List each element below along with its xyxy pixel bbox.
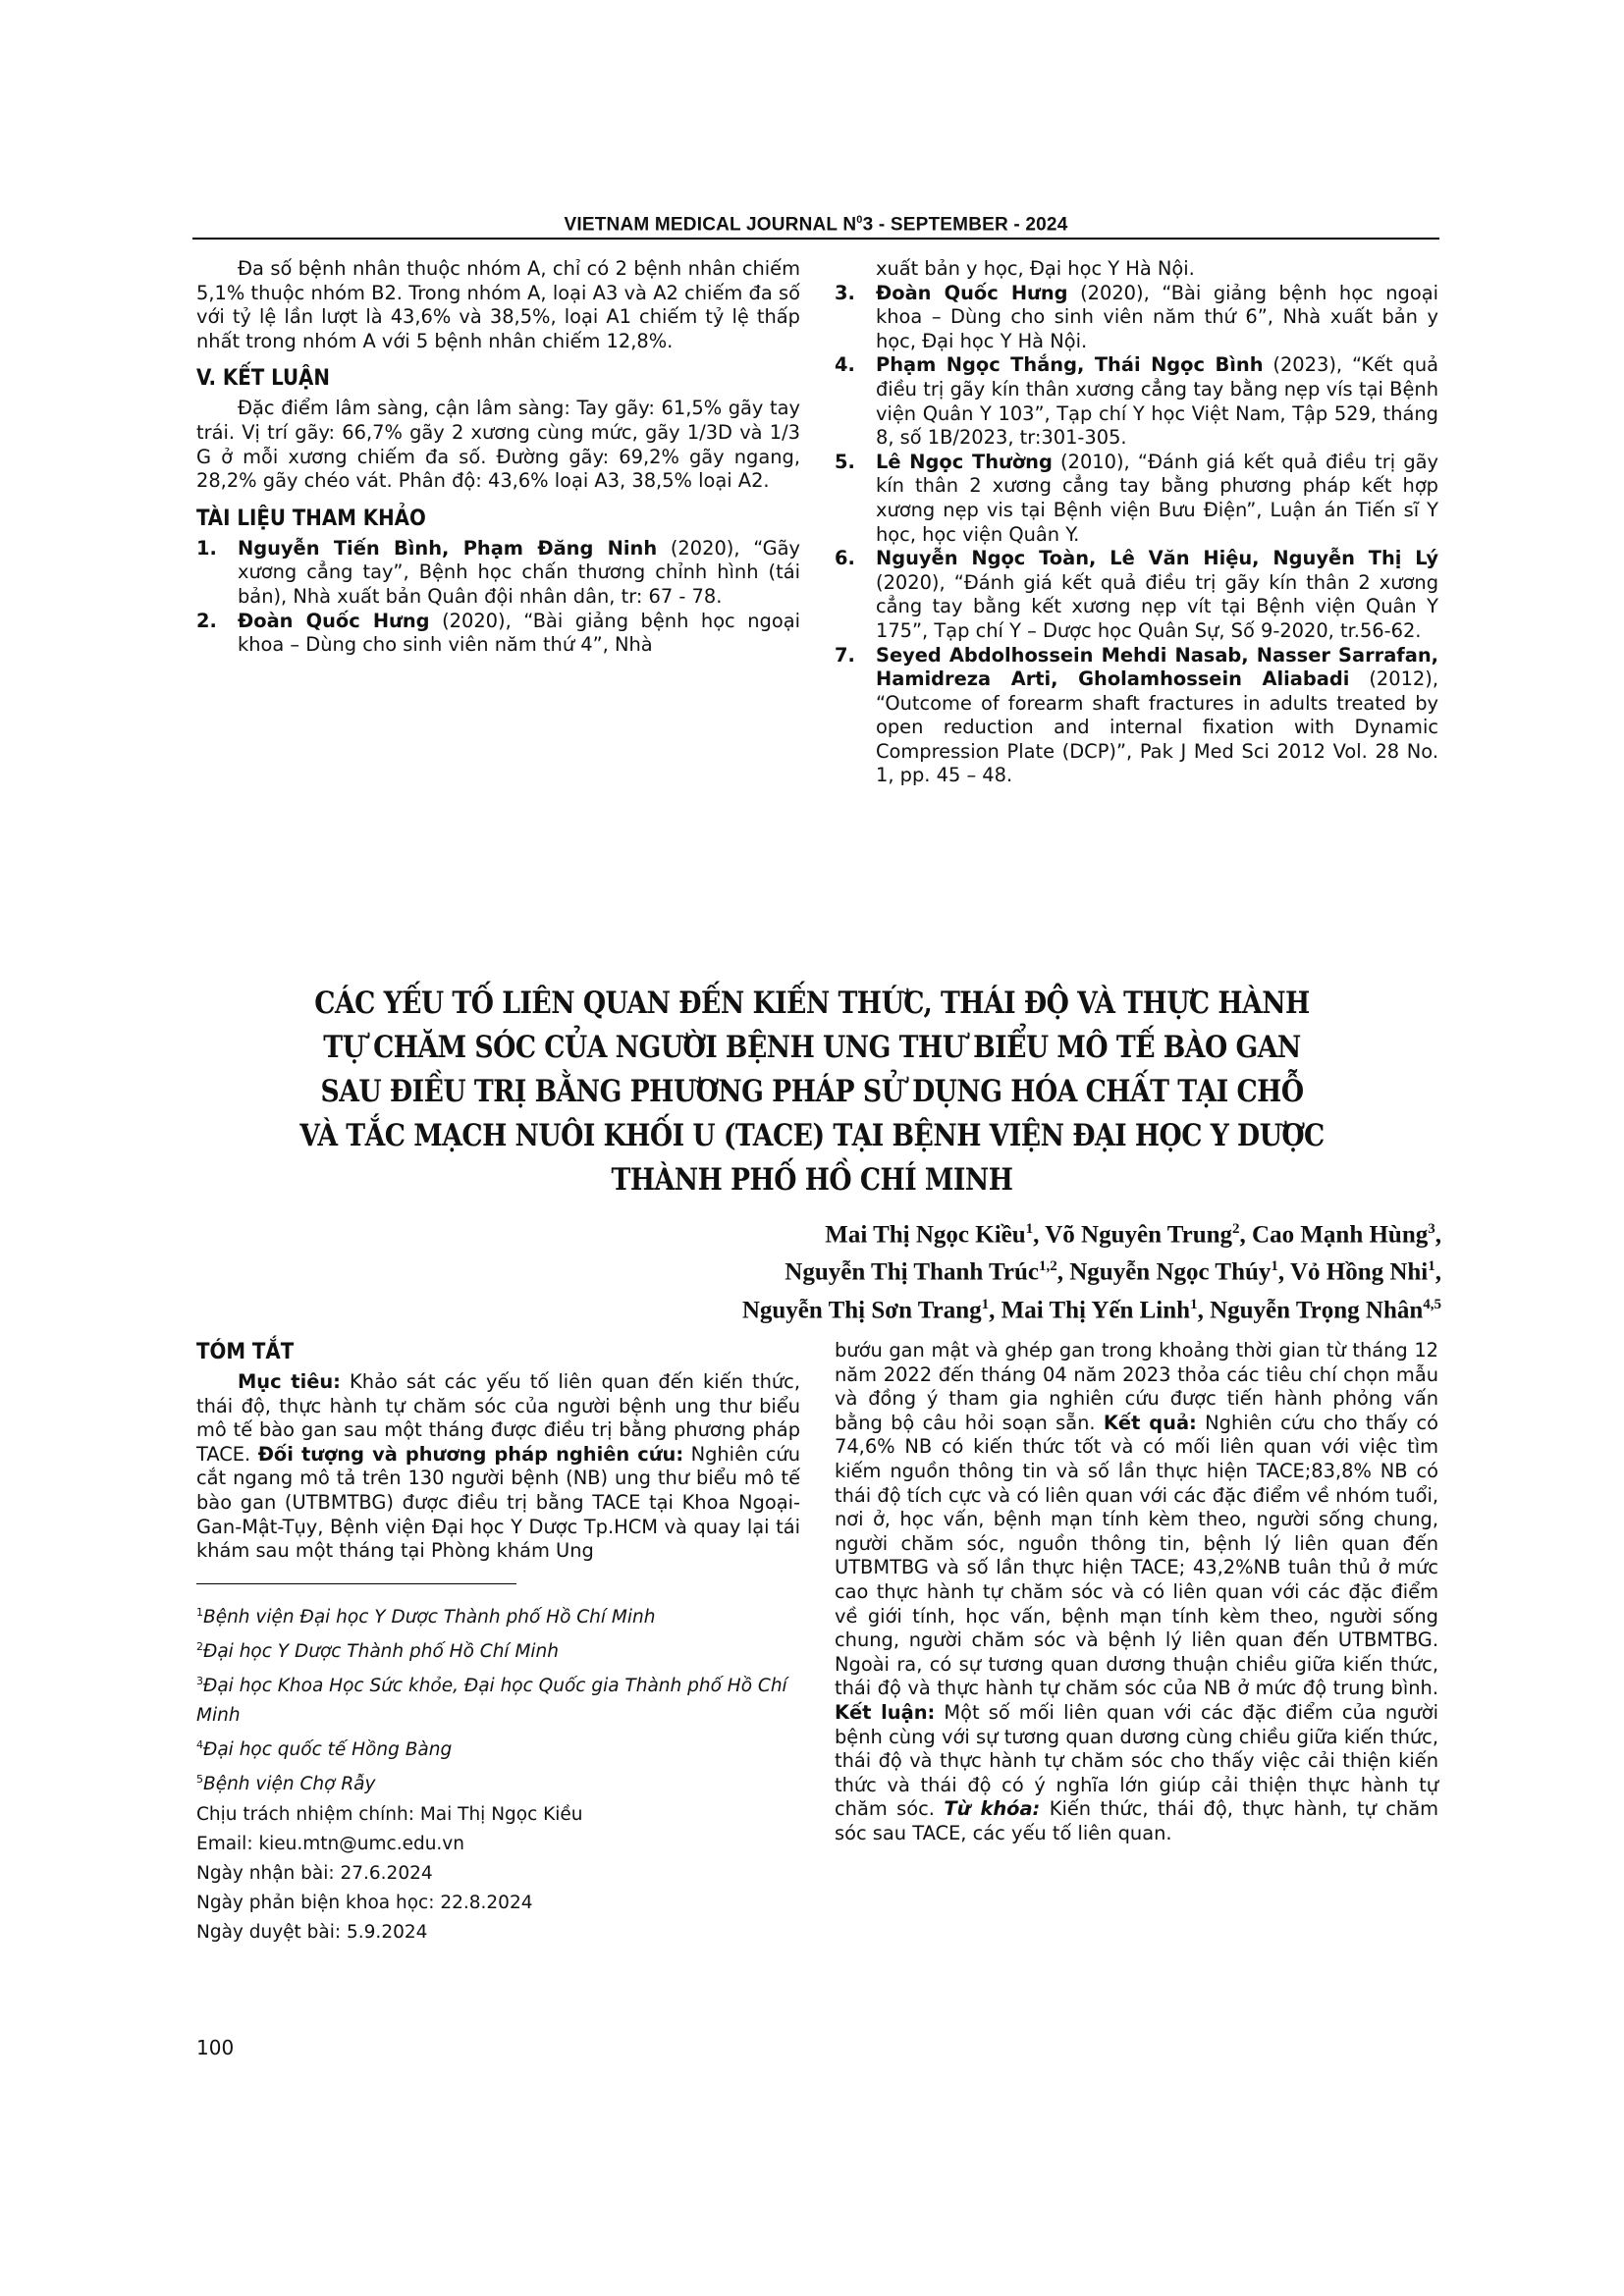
author-affiliation: 1	[1428, 1258, 1435, 1274]
author-affiliation: 1,2	[1039, 1258, 1057, 1274]
reference-authors: Nguyễn Tiến Bình, Phạm Đăng Ninh	[238, 537, 657, 560]
reference-body: Lê Ngọc Thường (2010), “Đánh giá kết quả…	[876, 451, 1438, 547]
author-affiliation: 3	[1428, 1221, 1435, 1237]
author-affiliation: 1	[1271, 1258, 1278, 1274]
reference-details: (2020), “Đánh giá kết quả điều trị gãy k…	[876, 571, 1438, 642]
author-affiliation: 4,5	[1423, 1297, 1441, 1312]
author-name: Cao Mạnh Hùng	[1252, 1221, 1428, 1248]
title-line: TỰ CHĂM SÓC CỦA NGƯỜI BỆNH UNG THƯ BIỂU …	[291, 1026, 1332, 1070]
author-name: Mai Thị Ngọc Kiều	[825, 1221, 1025, 1248]
reference-item: 3. Đoàn Quốc Hưng (2020), “Bài giảng bện…	[835, 282, 1438, 354]
reference-body: Nguyễn Ngọc Toàn, Lê Văn Hiệu, Nguyễn Th…	[876, 547, 1438, 643]
review-date: Ngày phản biện khoa học: 22.8.2024	[196, 1889, 800, 1918]
reference-authors: Đoàn Quốc Hưng	[876, 282, 1068, 304]
author-affiliation: 1	[1190, 1297, 1198, 1312]
reference-number: 6.	[835, 547, 876, 643]
abstract-paragraph: Mục tiêu: Khảo sát các yếu tố liên quan …	[196, 1370, 800, 1564]
corresponding-author: Chịu trách nhiệm chính: Mai Thị Ngọc Kiề…	[196, 1800, 800, 1830]
affiliation-footnote: 2Đại học Y Dược Thành phố Hồ Chí Minh	[196, 1632, 800, 1667]
methods-label: Đối tượng và phương pháp nghiên cứu:	[258, 1443, 683, 1466]
article-title: CÁC YẾU TỐ LIÊN QUAN ĐẾN KIẾN THỨC, THÁI…	[291, 982, 1332, 1202]
reference-item: 2. Đoàn Quốc Hưng (2020), “Bài giảng bện…	[196, 610, 800, 658]
issue-date: 3 - SEPTEMBER - 2024	[863, 214, 1068, 235]
author-line: Nguyễn Thị Sơn Trang1, Mai Thị Yến Linh1…	[460, 1289, 1441, 1326]
reference-body: Nguyễn Tiến Bình, Phạm Đăng Ninh (2020),…	[238, 537, 800, 610]
author-name: Nguyễn Trọng Nhân	[1210, 1297, 1423, 1323]
summary-heading: TÓM TẮT	[196, 1339, 800, 1366]
reference-continuation: xuất bản y học, Đại học Y Hà Nội.	[835, 257, 1438, 282]
abstract-right-column: bướu gan mật và ghép gan trong khoảng th…	[835, 1339, 1438, 1845]
author-name: Vỏ Hồng Nhi	[1290, 1259, 1428, 1286]
affiliation-footnote: 1Bệnh viện Đại học Y Dược Thành phố Hồ C…	[196, 1598, 800, 1632]
reference-authors: Phạm Ngọc Thắng, Thái Ngọc Bình	[876, 353, 1264, 376]
reference-authors: Nguyễn Ngọc Toàn, Lê Văn Hiệu, Nguyễn Th…	[876, 547, 1438, 569]
received-date: Ngày nhận bài: 27.6.2024	[196, 1859, 800, 1889]
author-affiliation: 1	[982, 1297, 990, 1312]
journal-name: VIETNAM MEDICAL JOURNAL N	[565, 214, 857, 235]
affiliation-footnote: 5Bệnh viện Chợ Rẫy	[196, 1765, 800, 1799]
abstract-left-column: TÓM TẮT Mục tiêu: Khảo sát các yếu tố li…	[196, 1339, 800, 1948]
reference-item: 7. Seyed Abdolhossein Mehdi Nasab, Nasse…	[835, 644, 1438, 789]
reference-item: 1. Nguyễn Tiến Bình, Phạm Đăng Ninh (202…	[196, 537, 800, 610]
title-line: SAU ĐIỀU TRỊ BẰNG PHƯƠNG PHÁP SỬ DỤNG HÓ…	[291, 1070, 1332, 1114]
conclusion-label: Kết luận:	[835, 1701, 935, 1724]
reference-authors: Lê Ngọc Thường	[876, 451, 1053, 473]
accepted-date: Ngày duyệt bài: 5.9.2024	[196, 1918, 800, 1948]
title-line: VÀ TẮC MẠCH NUÔI KHỐI U (TACE) TẠI BỆNH …	[291, 1114, 1332, 1158]
reference-authors: Đoàn Quốc Hưng	[238, 610, 430, 632]
email: Email: kieu.mtn@umc.edu.vn	[196, 1830, 800, 1859]
author-name: Mai Thị Yến Linh	[1001, 1297, 1190, 1323]
reference-number: 4.	[835, 353, 876, 450]
abstract-paragraph-continued: bướu gan mật và ghép gan trong khoảng th…	[835, 1339, 1438, 1845]
reference-body: Đoàn Quốc Hưng (2020), “Bài giảng bệnh h…	[238, 610, 800, 658]
prev-article-left-column: Đa số bệnh nhân thuộc nhóm A, chỉ có 2 b…	[196, 257, 800, 658]
conclusion-heading: V. KẾT LUẬN	[196, 365, 800, 393]
author-list: Mai Thị Ngọc Kiều1, Võ Nguyên Trung2, Ca…	[460, 1213, 1441, 1326]
reference-number: 7.	[835, 644, 876, 789]
author-name: Nguyễn Thị Sơn Trang	[742, 1297, 982, 1323]
reference-body: Đoàn Quốc Hưng (2020), “Bài giảng bệnh h…	[876, 282, 1438, 354]
author-name: Nguyễn Ngọc Thúy	[1069, 1259, 1271, 1286]
results-label: Kết quả:	[1104, 1412, 1197, 1434]
reference-item: 4. Phạm Ngọc Thắng, Thái Ngọc Bình (2023…	[835, 353, 1438, 450]
reference-details: xuất bản y học, Đại học Y Hà Nội.	[876, 257, 1438, 282]
reference-number: 5.	[835, 451, 876, 547]
author-affiliation: 1	[1026, 1221, 1034, 1237]
author-name: Nguyễn Thị Thanh Trúc	[785, 1259, 1039, 1286]
results-text: Nghiên cứu cho thấy có 74,6% NB có kiến …	[835, 1412, 1438, 1700]
reference-number: 3.	[835, 282, 876, 354]
objective-label: Mục tiêu:	[238, 1370, 341, 1393]
prev-article-right-column: xuất bản y học, Đại học Y Hà Nội. 3. Đoà…	[835, 257, 1438, 788]
journal-header: VIETNAM MEDICAL JOURNAL N03 - SEPTEMBER …	[192, 214, 1439, 236]
reference-item: 5. Lê Ngọc Thường (2010), “Đánh giá kết …	[835, 451, 1438, 547]
reference-item: 6. Nguyễn Ngọc Toàn, Lê Văn Hiệu, Nguyễn…	[835, 547, 1438, 643]
header-rule	[192, 238, 1439, 240]
affiliation-footnote: 4Đại học quốc tế Hồng Bàng	[196, 1731, 800, 1765]
reference-body: Seyed Abdolhossein Mehdi Nasab, Nasser S…	[876, 644, 1438, 789]
author-name: Võ Nguyên Trung	[1045, 1221, 1232, 1248]
reference-body: Phạm Ngọc Thắng, Thái Ngọc Bình (2023), …	[876, 353, 1438, 450]
footnote-rule	[196, 1583, 516, 1584]
keywords-label: Từ khóa:	[944, 1797, 1040, 1820]
affiliation-footnote: 3Đại học Khoa Học Sức khỏe, Đại học Quốc…	[196, 1667, 800, 1731]
results-paragraph: Đa số bệnh nhân thuộc nhóm A, chỉ có 2 b…	[196, 257, 800, 353]
title-line: THÀNH PHỐ HỒ CHÍ MINH	[291, 1158, 1332, 1202]
author-line: Mai Thị Ngọc Kiều1, Võ Nguyên Trung2, Ca…	[460, 1213, 1441, 1251]
author-affiliation: 2	[1232, 1221, 1240, 1237]
reference-number: 1.	[196, 537, 238, 610]
references-heading: TÀI LIỆU THAM KHẢO	[196, 506, 800, 533]
reference-number: 2.	[196, 610, 238, 658]
author-line: Nguyễn Thị Thanh Trúc1,2, Nguyễn Ngọc Th…	[460, 1251, 1441, 1288]
page-number: 100	[196, 2036, 234, 2059]
title-line: CÁC YẾU TỐ LIÊN QUAN ĐẾN KIẾN THỨC, THÁI…	[291, 982, 1332, 1026]
conclusion-paragraph: Đặc điểm lâm sàng, cận lâm sàng: Tay gãy…	[196, 397, 800, 493]
